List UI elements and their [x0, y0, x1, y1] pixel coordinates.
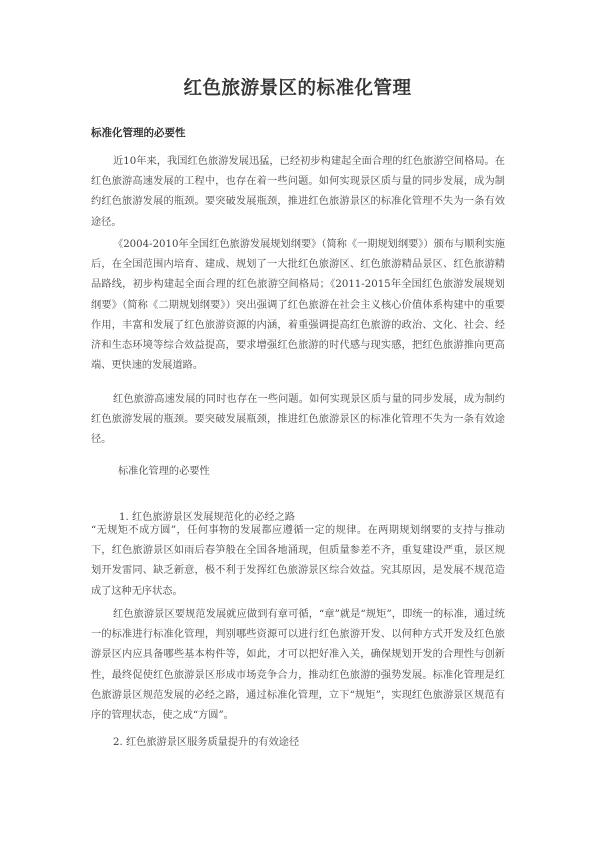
point1-paragraph-a: “无规矩不成方圆”，任何事物的发展都应遵循一定的规律。在两期规划纲要的支持与推动… [91, 521, 505, 602]
subheading-necessity: 标准化管理的必要性 [118, 462, 210, 477]
document-page: 红色旅游景区的标准化管理 标准化管理的必要性 近10年来，我国红色旅游发展迅猛，… [0, 0, 595, 842]
paragraph-intro: 近10年来，我国红色旅游发展迅猛，已经初步构建起全面合理的红色旅游空间格局。在红… [91, 152, 505, 233]
paragraph-problems: 红色旅游高速发展的同时也存在一些问题。如何实现景区质与量的同步发展，成为制约红色… [91, 390, 505, 451]
section-heading: 标准化管理的必要性 [91, 125, 186, 140]
document-title: 红色旅游景区的标准化管理 [0, 74, 595, 100]
paragraph-plans: 《2004-2010年全国红色旅游发展规划纲要》（简称《一期规划纲要》）颁布与顺… [91, 235, 505, 376]
point2-heading: 2. 红色旅游景区服务质量提升的有效途径 [113, 733, 299, 748]
point1-paragraph-b: 红色旅游景区要规范发展就应做到有章可循，“章”就是“规矩”，即统一的标准，通过统… [91, 605, 505, 726]
